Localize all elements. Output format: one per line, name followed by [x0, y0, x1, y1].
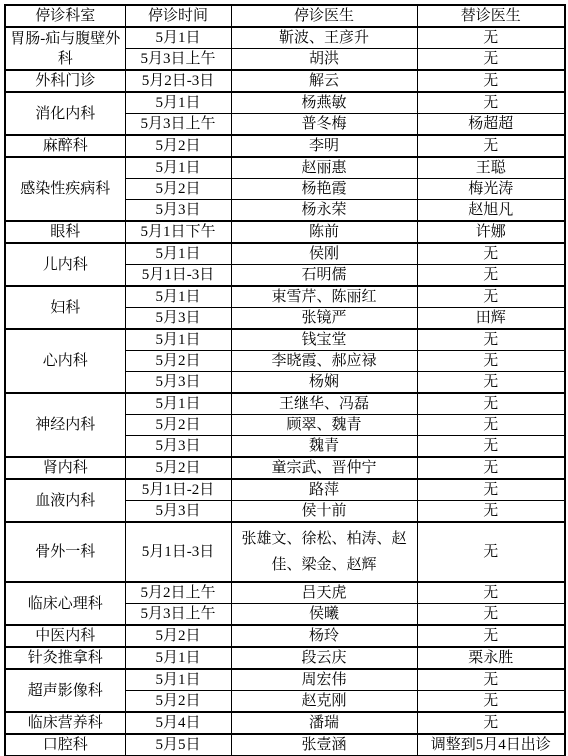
doctor-cell: 顾翠、魏青: [231, 415, 417, 436]
table-body: 胃肠-疝与腹壁外科5月1日靳波、王彦升无5月3日上午胡洪无外科门诊5月2日-3日…: [5, 27, 565, 756]
doctor-cell: 潘瑞: [231, 712, 417, 734]
department-cell: 感染性疾病科: [5, 157, 125, 221]
doctor-cell: 侯曦: [231, 604, 417, 626]
doctor-cell: 胡洪: [231, 49, 417, 71]
department-cell: 血液内科: [5, 479, 125, 522]
doctor-cell: 杨玲: [231, 625, 417, 647]
time-cell: 5月1日: [125, 27, 231, 49]
table-row: 感染性疾病科5月1日赵丽惠王聪: [5, 157, 565, 179]
time-cell: 5月1日: [125, 393, 231, 415]
time-cell: 5月2日: [125, 691, 231, 713]
substitute-cell: 无: [417, 479, 565, 501]
time-cell: 5月3日上午: [125, 114, 231, 136]
page: 停诊科室停诊时间停诊医生替诊医生 胃肠-疝与腹壁外科5月1日靳波、王彦升无5月3…: [0, 0, 568, 756]
time-cell: 5月2日: [125, 625, 231, 647]
doctor-cell: 普冬梅: [231, 114, 417, 136]
time-cell: 5月1日: [125, 647, 231, 669]
substitute-cell: 无: [417, 329, 565, 351]
substitute-cell: 无: [417, 436, 565, 458]
substitute-cell: 无: [417, 625, 565, 647]
time-cell: 5月1日: [125, 157, 231, 179]
doctor-cell: 杨娴: [231, 372, 417, 394]
substitute-cell: 无: [417, 501, 565, 523]
department-cell: 眼科: [5, 221, 125, 243]
time-cell: 5月1日: [125, 243, 231, 265]
column-header: 停诊时间: [125, 5, 231, 27]
substitute-cell: 无: [417, 286, 565, 308]
time-cell: 5月1日: [125, 286, 231, 308]
department-cell: 心内科: [5, 329, 125, 393]
department-cell: 神经内科: [5, 393, 125, 457]
substitute-cell: 无: [417, 712, 565, 734]
department-cell: 临床营养科: [5, 712, 125, 734]
table-row: 心内科5月1日钱宝堂无: [5, 329, 565, 351]
table-row: 骨外一科5月1日-3日张雄文、徐松、柏涛、赵佳、梁金、赵辉无: [5, 522, 565, 582]
time-cell: 5月2日: [125, 457, 231, 479]
time-cell: 5月2日上午: [125, 582, 231, 604]
doctor-cell: 周宏伟: [231, 669, 417, 691]
substitute-cell: 无: [417, 691, 565, 713]
time-cell: 5月2日: [125, 179, 231, 200]
substitute-cell: 田辉: [417, 308, 565, 330]
substitute-cell: 无: [417, 393, 565, 415]
doctor-cell: 侯刚: [231, 243, 417, 265]
substitute-cell: 无: [417, 457, 565, 479]
substitute-cell: 无: [417, 582, 565, 604]
column-header: 停诊科室: [5, 5, 125, 27]
doctor-cell: 侯十前: [231, 501, 417, 523]
time-cell: 5月3日上午: [125, 49, 231, 71]
time-cell: 5月2日: [125, 135, 231, 157]
table-row: 超声影像科5月1日周宏伟无: [5, 669, 565, 691]
substitute-cell: 无: [417, 669, 565, 691]
substitute-cell: 许娜: [417, 221, 565, 243]
time-cell: 5月2日: [125, 415, 231, 436]
doctor-cell: 张壹涵: [231, 734, 417, 756]
column-header: 替诊医生: [417, 5, 565, 27]
doctor-cell: 解云: [231, 70, 417, 92]
doctor-cell: 杨永荣: [231, 200, 417, 222]
substitute-cell: 无: [417, 372, 565, 394]
department-cell: 外科门诊: [5, 70, 125, 92]
doctor-cell: 张镜严: [231, 308, 417, 330]
doctor-cell: 杨艳霞: [231, 179, 417, 200]
doctor-cell: 李明: [231, 135, 417, 157]
table-row: 麻醉科5月2日李明无: [5, 135, 565, 157]
substitute-cell: 无: [417, 27, 565, 49]
doctor-cell: 李晓霞、郝应禄: [231, 351, 417, 372]
time-cell: 5月3日: [125, 436, 231, 458]
time-cell: 5月1日-2日: [125, 479, 231, 501]
substitute-cell: 无: [417, 522, 565, 582]
header-row: 停诊科室停诊时间停诊医生替诊医生: [5, 5, 565, 27]
time-cell: 5月5日: [125, 734, 231, 756]
time-cell: 5月3日: [125, 501, 231, 523]
substitute-cell: 栗永胜: [417, 647, 565, 669]
substitute-cell: 无: [417, 135, 565, 157]
doctor-cell: 魏青: [231, 436, 417, 458]
time-cell: 5月1日-3日: [125, 522, 231, 582]
department-cell: 超声影像科: [5, 669, 125, 712]
time-cell: 5月1日: [125, 669, 231, 691]
department-cell: 中医内科: [5, 625, 125, 647]
time-cell: 5月2日-3日: [125, 70, 231, 92]
substitute-cell: 无: [417, 265, 565, 287]
table-row: 消化内科5月1日杨燕敏无: [5, 92, 565, 114]
department-cell: 消化内科: [5, 92, 125, 135]
department-cell: 儿内科: [5, 243, 125, 286]
time-cell: 5月1日-3日: [125, 265, 231, 287]
substitute-cell: 调整到5月4日出诊: [417, 734, 565, 756]
doctor-cell: 王继华、冯磊: [231, 393, 417, 415]
doctor-cell: 陈前: [231, 221, 417, 243]
doctor-cell: 石明儒: [231, 265, 417, 287]
table-row: 眼科5月1日下午陈前许娜: [5, 221, 565, 243]
substitute-cell: 无: [417, 604, 565, 626]
department-cell: 胃肠-疝与腹壁外科: [5, 27, 125, 70]
doctor-cell: 赵克刚: [231, 691, 417, 713]
table-row: 神经内科5月1日王继华、冯磊无: [5, 393, 565, 415]
substitute-cell: 王聪: [417, 157, 565, 179]
doctor-cell: 靳波、王彦升: [231, 27, 417, 49]
doctor-cell: 张雄文、徐松、柏涛、赵佳、梁金、赵辉: [231, 522, 417, 582]
table-row: 胃肠-疝与腹壁外科5月1日靳波、王彦升无: [5, 27, 565, 49]
substitute-cell: 赵旭凡: [417, 200, 565, 222]
department-cell: 麻醉科: [5, 135, 125, 157]
department-cell: 临床心理科: [5, 582, 125, 625]
clinic-suspension-table: 停诊科室停诊时间停诊医生替诊医生 胃肠-疝与腹壁外科5月1日靳波、王彦升无5月3…: [4, 4, 566, 756]
time-cell: 5月1日下午: [125, 221, 231, 243]
time-cell: 5月2日: [125, 351, 231, 372]
table-row: 外科门诊5月2日-3日解云无: [5, 70, 565, 92]
doctor-cell: 路萍: [231, 479, 417, 501]
time-cell: 5月4日: [125, 712, 231, 734]
doctor-cell: 段云庆: [231, 647, 417, 669]
table-row: 儿内科5月1日侯刚无: [5, 243, 565, 265]
substitute-cell: 梅光涛: [417, 179, 565, 200]
department-cell: 肾内科: [5, 457, 125, 479]
substitute-cell: 无: [417, 49, 565, 71]
table-row: 临床心理科5月2日上午吕天虎无: [5, 582, 565, 604]
column-header: 停诊医生: [231, 5, 417, 27]
doctor-cell: 束雪芹、陈丽红: [231, 286, 417, 308]
doctor-cell: 赵丽惠: [231, 157, 417, 179]
substitute-cell: 无: [417, 92, 565, 114]
substitute-cell: 杨超超: [417, 114, 565, 136]
department-cell: 妇科: [5, 286, 125, 329]
doctor-cell: 童宗武、晋仲宁: [231, 457, 417, 479]
time-cell: 5月3日上午: [125, 604, 231, 626]
substitute-cell: 无: [417, 351, 565, 372]
department-cell: 口腔科: [5, 734, 125, 756]
table-row: 针灸推拿科5月1日段云庆栗永胜: [5, 647, 565, 669]
department-cell: 骨外一科: [5, 522, 125, 582]
table-row: 临床营养科5月4日潘瑞无: [5, 712, 565, 734]
time-cell: 5月1日: [125, 92, 231, 114]
doctor-cell: 杨燕敏: [231, 92, 417, 114]
table-row: 肾内科5月2日童宗武、晋仲宁无: [5, 457, 565, 479]
table-row: 口腔科5月5日张壹涵调整到5月4日出诊: [5, 734, 565, 756]
time-cell: 5月3日: [125, 308, 231, 330]
substitute-cell: 无: [417, 70, 565, 92]
table-row: 妇科5月1日束雪芹、陈丽红无: [5, 286, 565, 308]
substitute-cell: 无: [417, 243, 565, 265]
department-cell: 针灸推拿科: [5, 647, 125, 669]
time-cell: 5月3日: [125, 200, 231, 222]
doctor-cell: 钱宝堂: [231, 329, 417, 351]
table-row: 血液内科5月1日-2日路萍无: [5, 479, 565, 501]
time-cell: 5月3日: [125, 372, 231, 394]
time-cell: 5月1日: [125, 329, 231, 351]
table-row: 中医内科5月2日杨玲无: [5, 625, 565, 647]
substitute-cell: 无: [417, 415, 565, 436]
doctor-cell: 吕天虎: [231, 582, 417, 604]
